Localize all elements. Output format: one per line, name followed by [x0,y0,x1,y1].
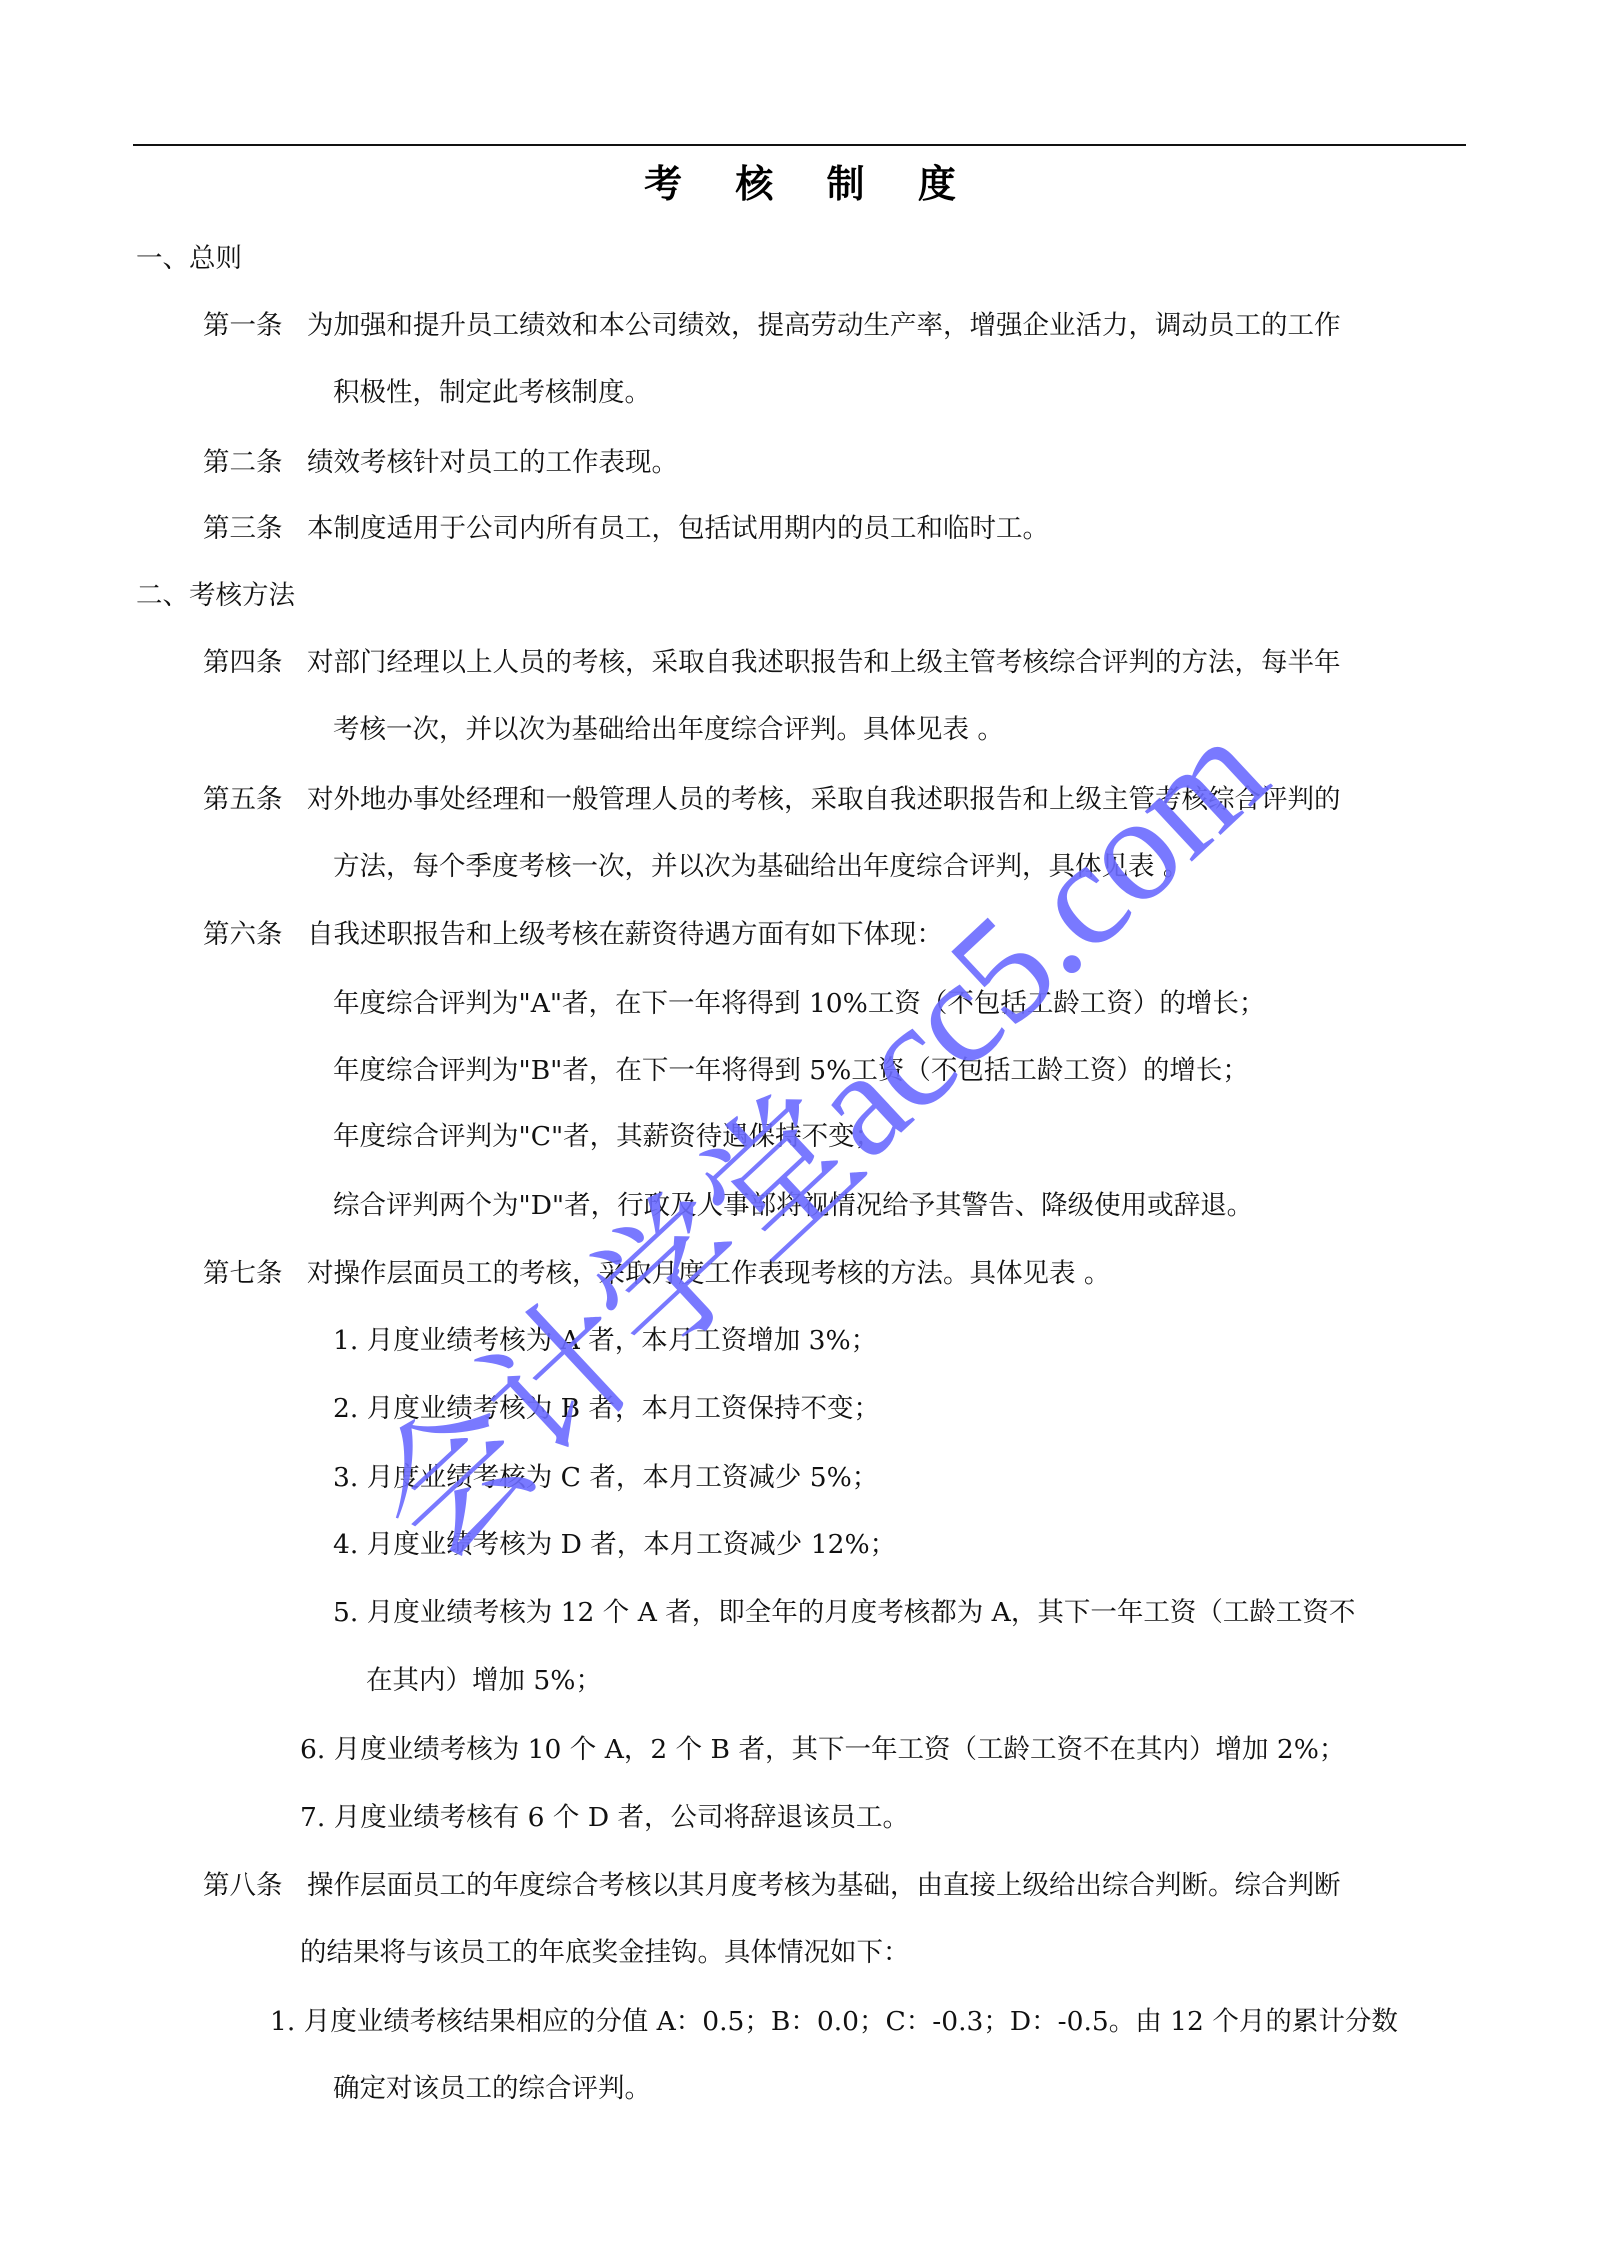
section-heading-methods: 二、考核方法 [136,579,295,613]
list-item: 3. 月度业绩考核为 C 者，本月工资减少 5%； [333,1461,878,1495]
list-item-continuation: 确定对该员工的综合评判。 [333,2072,651,2106]
section-heading-general: 一、总则 [136,242,242,276]
article-text: 对操作层面员工的考核，采取月度工作表现考核的方法。具体见表 。 [307,1258,1110,1289]
document-page: 考 核 制 度 一、总则 第一条为加强和提升员工绩效和本公司绩效，提高劳动生产率… [0,0,1600,2262]
article-label: 第三条 [203,512,307,546]
article-2: 第二条绩效考核针对员工的工作表现。 [203,446,678,480]
list-item: 1. 月度业绩考核为 A 者，本月工资增加 3%； [333,1324,877,1358]
article-8-continuation: 的结果将与该员工的年底奖金挂钩。具体情况如下： [300,1936,910,1970]
rating-item-b: 年度综合评判为"B"者，在下一年将得到 5%工资（不包括工龄工资）的增长； [333,1054,1249,1088]
article-7: 第七条对操作层面员工的考核，采取月度工作表现考核的方法。具体见表 。 [203,1257,1110,1291]
article-8: 第八条操作层面员工的年度综合考核以其月度考核为基础，由直接上级给出综合判断。综合… [203,1869,1341,1903]
article-label: 第二条 [203,446,307,480]
list-item-continuation: 在其内）增加 5%； [366,1664,602,1698]
list-item: 7. 月度业绩考核有 6 个 D 者，公司将辞退该员工。 [300,1801,909,1835]
article-text: 绩效考核针对员工的工作表现。 [307,447,678,478]
rating-item-c: 年度综合评判为"C"者，其薪资待遇保持不变； [333,1120,881,1154]
article-text: 对外地办事处经理和一般管理人员的考核，采取自我述职报告和上级主管考核综合评判的 [307,784,1341,815]
article-text: 为加强和提升员工绩效和本公司绩效，提高劳动生产率，增强企业活力，调动员工的工作 [307,310,1341,341]
list-item: 6. 月度业绩考核为 10 个 A，2 个 B 者，其下一年工资（工龄工资不在其… [300,1733,1345,1767]
article-label: 第一条 [203,309,307,343]
article-text: 操作层面员工的年度综合考核以其月度考核为基础，由直接上级给出综合判断。综合判断 [307,1870,1341,1901]
article-label: 第七条 [203,1257,307,1291]
article-1-continuation: 积极性，制定此考核制度。 [333,376,651,410]
list-item: 4. 月度业绩考核为 D 者，本月工资减少 12%； [333,1528,896,1562]
article-4-continuation: 考核一次，并以次为基础给出年度综合评判。具体见表 。 [333,713,1004,747]
article-3: 第三条本制度适用于公司内所有员工，包括试用期内的员工和临时工。 [203,512,1049,546]
rating-item-a: 年度综合评判为"A"者，在下一年将得到 10%工资（不包括工龄工资）的增长； [333,987,1265,1021]
list-item: 1. 月度业绩考核结果相应的分值 A：0.5；B：0.0；C：-0.3；D：-0… [270,2005,1398,2039]
article-text: 自我述职报告和上级考核在薪资待遇方面有如下体现： [307,919,943,950]
article-5: 第五条对外地办事处经理和一般管理人员的考核，采取自我述职报告和上级主管考核综合评… [203,783,1341,817]
article-label: 第五条 [203,783,307,817]
list-item: 2. 月度业绩考核为 B 者，本月工资保持不变； [333,1392,880,1426]
article-6: 第六条自我述职报告和上级考核在薪资待遇方面有如下体现： [203,918,943,952]
list-item: 5. 月度业绩考核为 12 个 A 者，即全年的月度考核都为 A，其下一年工资（… [333,1596,1355,1630]
article-5-continuation: 方法，每个季度考核一次，并以次为基础给出年度综合评判，具体见表 。 [333,850,1189,884]
document-title: 考 核 制 度 [0,160,1600,208]
article-text: 本制度适用于公司内所有员工，包括试用期内的员工和临时工。 [307,513,1049,544]
header-rule [133,144,1466,146]
article-4: 第四条对部门经理以上人员的考核，采取自我述职报告和上级主管考核综合评判的方法，每… [203,646,1341,680]
article-label: 第八条 [203,1869,307,1903]
article-1: 第一条为加强和提升员工绩效和本公司绩效，提高劳动生产率，增强企业活力，调动员工的… [203,309,1341,343]
article-label: 第四条 [203,646,307,680]
article-label: 第六条 [203,918,307,952]
article-text: 对部门经理以上人员的考核，采取自我述职报告和上级主管考核综合评判的方法，每半年 [307,647,1341,678]
rating-item-d: 综合评判两个为"D"者，行政及人事部将视情况给予其警告、降级使用或辞退。 [333,1189,1253,1223]
